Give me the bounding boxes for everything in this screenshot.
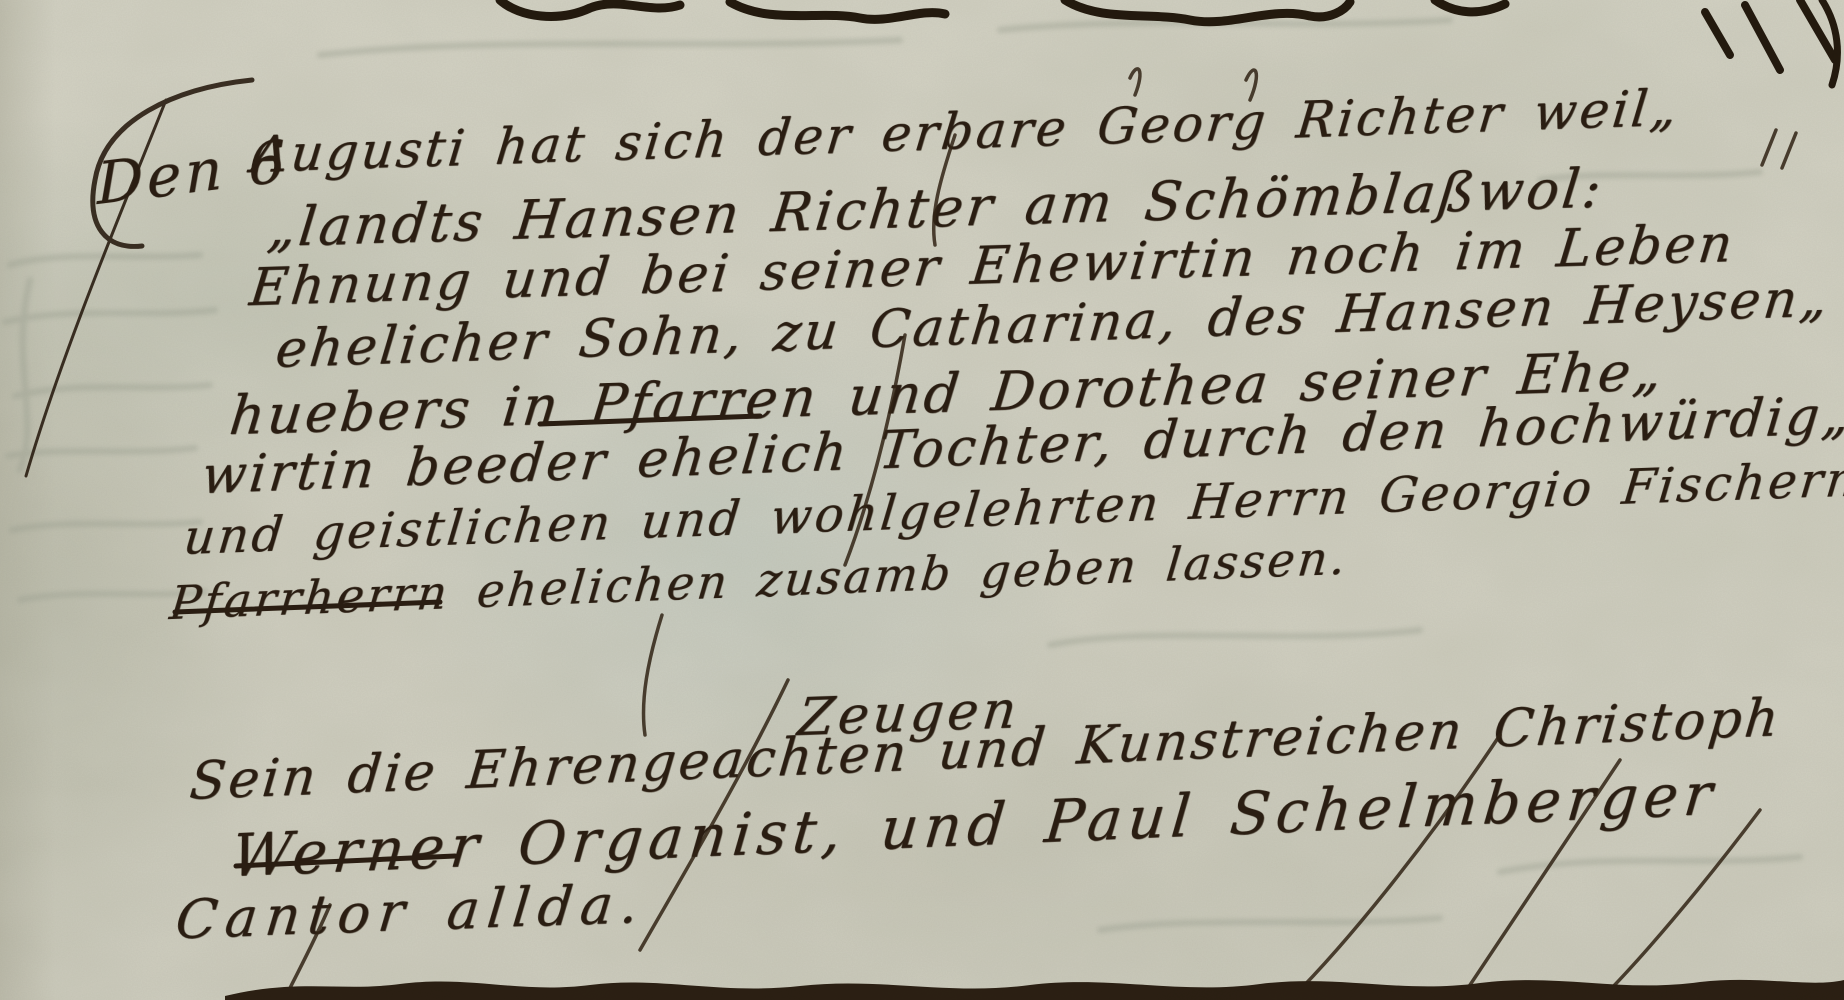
- manuscript-page: Den 6 Augusti hat sich der erbare Georg …: [0, 0, 1844, 1000]
